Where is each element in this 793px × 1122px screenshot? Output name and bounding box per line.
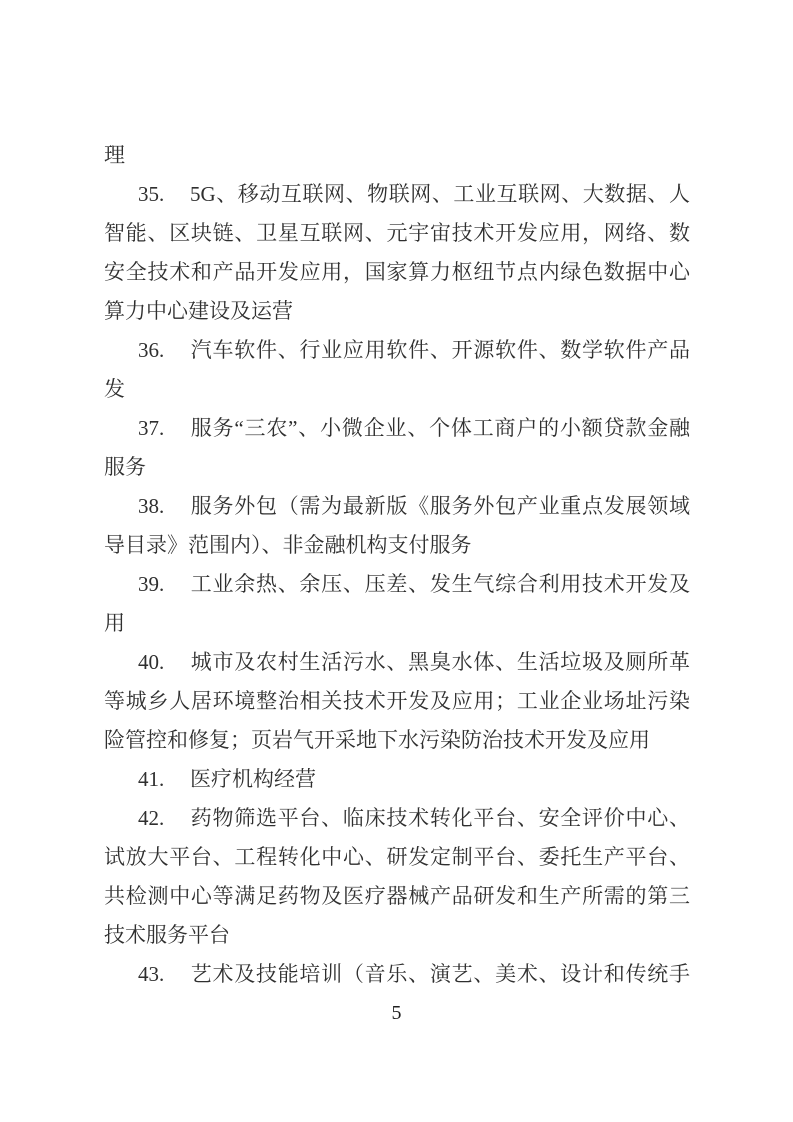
text-line: 用 (104, 604, 690, 643)
item-number: 43. (138, 955, 190, 994)
text-line: 险管控和修复；页岩气开采地下水污染防治技术开发及应用 (104, 721, 690, 760)
paragraph-item-40: 40.城市及农村生活污水、黑臭水体、生活垃圾及厕所革命 等城乡人居环境整治相关技… (104, 643, 690, 760)
paragraph-item-37: 37.服务“三农”、小微企业、个体工商户的小额贷款金融 服务 (104, 409, 690, 487)
text-line: 发 (104, 370, 690, 409)
item-number: 35. (138, 175, 190, 214)
item-text: 服务外包（需为最新版《服务外包产业重点发展领域指 (104, 494, 690, 526)
text-line: 安全技术和产品开发应用，国家算力枢纽节点内绿色数据中心和 (104, 253, 690, 292)
item-text: 城市及农村生活污水、黑臭水体、生活垃圾及厕所革命 (104, 650, 690, 682)
item-text: 艺术及技能培训（音乐、演艺、美术、设计和传统手工 (104, 962, 690, 994)
text-line: 39.工业余热、余压、压差、发生气综合利用技术开发及应 (104, 565, 690, 604)
text-line: 智能、区块链、卫星互联网、元宇宙技术开发应用，网络、数据 (104, 214, 690, 253)
text-line: 36.汽车软件、行业应用软件、开源软件、数学软件产品研 (104, 331, 690, 370)
paragraph-carryover: 理 (104, 136, 690, 175)
item-text: 5G、移动互联网、物联网、工业互联网、大数据、人工 (104, 182, 690, 214)
page-number: 5 (0, 1001, 793, 1025)
item-number: 41. (138, 760, 190, 799)
item-text: 医疗机构经营 (190, 767, 316, 791)
text-line: 41.医疗机构经营 (104, 760, 690, 799)
item-number: 37. (138, 409, 190, 448)
text-line: 等城乡人居环境整治相关技术开发及应用；工业企业场址污染风 (104, 682, 690, 721)
text-line: 共检测中心等满足药物及医疗器械产品研发和生产所需的第三方 (104, 877, 690, 916)
paragraph-item-39: 39.工业余热、余压、压差、发生气综合利用技术开发及应 用 (104, 565, 690, 643)
item-text: 服务“三农”、小微企业、个体工商户的小额贷款金融 (190, 416, 690, 440)
text-line: 38.服务外包（需为最新版《服务外包产业重点发展领域指 (104, 487, 690, 526)
text-line: 算力中心建设及运营 (104, 292, 690, 331)
paragraph-item-35: 35.5G、移动互联网、物联网、工业互联网、大数据、人工 智能、区块链、卫星互联… (104, 175, 690, 331)
text-line: 37.服务“三农”、小微企业、个体工商户的小额贷款金融 (104, 409, 690, 448)
text-line: 导目录》范围内）、非金融机构支付服务 (104, 526, 690, 565)
document-page: 理 35.5G、移动互联网、物联网、工业互联网、大数据、人工 智能、区块链、卫星… (0, 0, 793, 1122)
item-text: 汽车软件、行业应用软件、开源软件、数学软件产品研 (104, 338, 690, 370)
item-number: 36. (138, 331, 190, 370)
text-line: 服务 (104, 448, 690, 487)
text-line: 42.药物筛选平台、临床技术转化平台、安全评价中心、中 (104, 799, 690, 838)
text-line: 40.城市及农村生活污水、黑臭水体、生活垃圾及厕所革命 (104, 643, 690, 682)
paragraph-item-36: 36.汽车软件、行业应用软件、开源软件、数学软件产品研 发 (104, 331, 690, 409)
paragraph-item-42: 42.药物筛选平台、临床技术转化平台、安全评价中心、中 试放大平台、工程转化中心… (104, 799, 690, 955)
paragraph-item-41: 41.医疗机构经营 (104, 760, 690, 799)
text-line: 理 (104, 136, 690, 175)
text-line: 技术服务平台 (104, 916, 690, 955)
text-line: 试放大平台、工程转化中心、研发定制平台、委托生产平台、公 (104, 838, 690, 877)
item-number: 38. (138, 487, 190, 526)
item-number: 42. (138, 799, 190, 838)
document-body: 理 35.5G、移动互联网、物联网、工业互联网、大数据、人工 智能、区块链、卫星… (104, 136, 690, 994)
item-number: 39. (138, 565, 190, 604)
paragraph-item-43: 43.艺术及技能培训（音乐、演艺、美术、设计和传统手工 (104, 955, 690, 994)
paragraph-item-38: 38.服务外包（需为最新版《服务外包产业重点发展领域指 导目录》范围内）、非金融… (104, 487, 690, 565)
item-text: 工业余热、余压、压差、发生气综合利用技术开发及应 (104, 572, 690, 604)
text-line: 35.5G、移动互联网、物联网、工业互联网、大数据、人工 (104, 175, 690, 214)
text-line: 43.艺术及技能培训（音乐、演艺、美术、设计和传统手工 (104, 955, 690, 994)
item-text: 药物筛选平台、临床技术转化平台、安全评价中心、中 (104, 806, 690, 838)
item-number: 40. (138, 643, 190, 682)
